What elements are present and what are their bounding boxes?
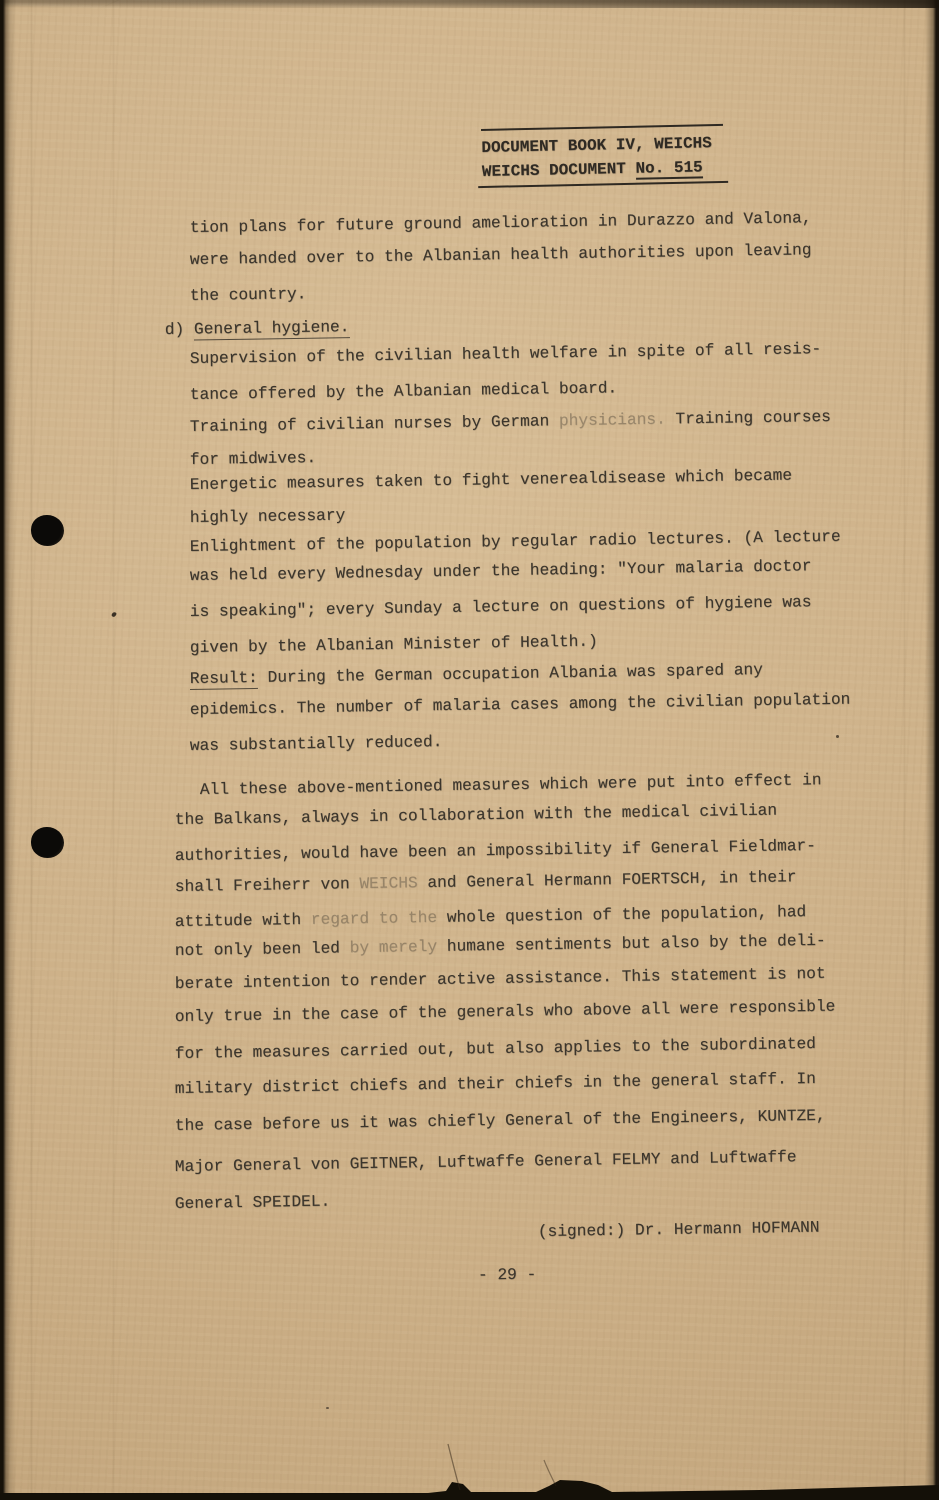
text-line: was substantially reduced. <box>190 732 443 756</box>
text-line: authorities, would have been an impossib… <box>175 836 816 866</box>
text-line: is speaking"; every Sunday a lecture on … <box>190 592 812 622</box>
text-line: tion plans for future ground amelioratio… <box>190 208 812 238</box>
text-line: epidemics. The number of malaria cases a… <box>190 690 851 720</box>
text-line: Supervision of the civilian health welfa… <box>190 339 822 369</box>
text-line: only true in the case of the generals wh… <box>175 997 836 1027</box>
left-edge-shadow <box>0 0 16 1500</box>
text-line: for midwives. <box>190 448 317 470</box>
text-line: attitude with regard to the whole questi… <box>175 902 807 932</box>
text-line: highly necessary <box>190 506 346 528</box>
scanned-document-page: DOCUMENT BOOK IV, WEICHS WEICHS DOCUMENT… <box>0 0 939 1500</box>
paper-speck <box>111 611 117 617</box>
typewritten-text: tion plans for future ground amelioratio… <box>163 0 939 1500</box>
text-line: Enlightment of the population by regular… <box>190 527 841 557</box>
text-line: the country. <box>190 284 307 306</box>
text-line: Energetic measures taken to fight venere… <box>190 466 793 495</box>
punch-hole-bottom <box>31 827 64 858</box>
text-line: All these above-mentioned measures which… <box>200 770 822 800</box>
paper-speck <box>836 735 839 738</box>
text-line: was held every Wednesday under the headi… <box>190 556 812 586</box>
text-line: Training of civilian nurses by German ph… <box>190 407 831 437</box>
text-line: the Balkans, always in collaboration wit… <box>175 801 778 830</box>
text-line: the case before us it was chiefly Genera… <box>175 1106 826 1136</box>
paper-crease <box>30 0 33 1500</box>
text-line: General SPEIDEL. <box>175 1192 331 1214</box>
paper-speck <box>326 1407 329 1409</box>
text-line: Result: During the German occupation Alb… <box>190 660 763 689</box>
text-line: Major General von GEITNER, Luftwaffe Gen… <box>175 1147 797 1177</box>
text-line: not only been led by merely humane senti… <box>175 931 826 961</box>
text-line: were handed over to the Albanian health … <box>190 240 812 270</box>
text-line: tance offered by the Albanian medical bo… <box>190 378 618 405</box>
bottom-torn-edge <box>0 1440 939 1500</box>
text-line: d) General hygiene. <box>165 317 350 340</box>
text-line: given by the Albanian Minister of Health… <box>190 632 598 658</box>
text-line: for the measures carried out, but also a… <box>175 1034 816 1064</box>
text-line: shall Freiherr von WEICHS and General He… <box>175 867 797 897</box>
punch-hole-top <box>31 515 64 546</box>
page-number: - 29 - <box>478 1266 536 1285</box>
text-line: military district chiefs and their chief… <box>175 1069 816 1099</box>
paper-crease <box>112 0 115 1500</box>
signature-line: (signed:) Dr. Hermann HOFMANN <box>538 1218 820 1242</box>
text-line: berate intention to render active assist… <box>175 964 826 994</box>
